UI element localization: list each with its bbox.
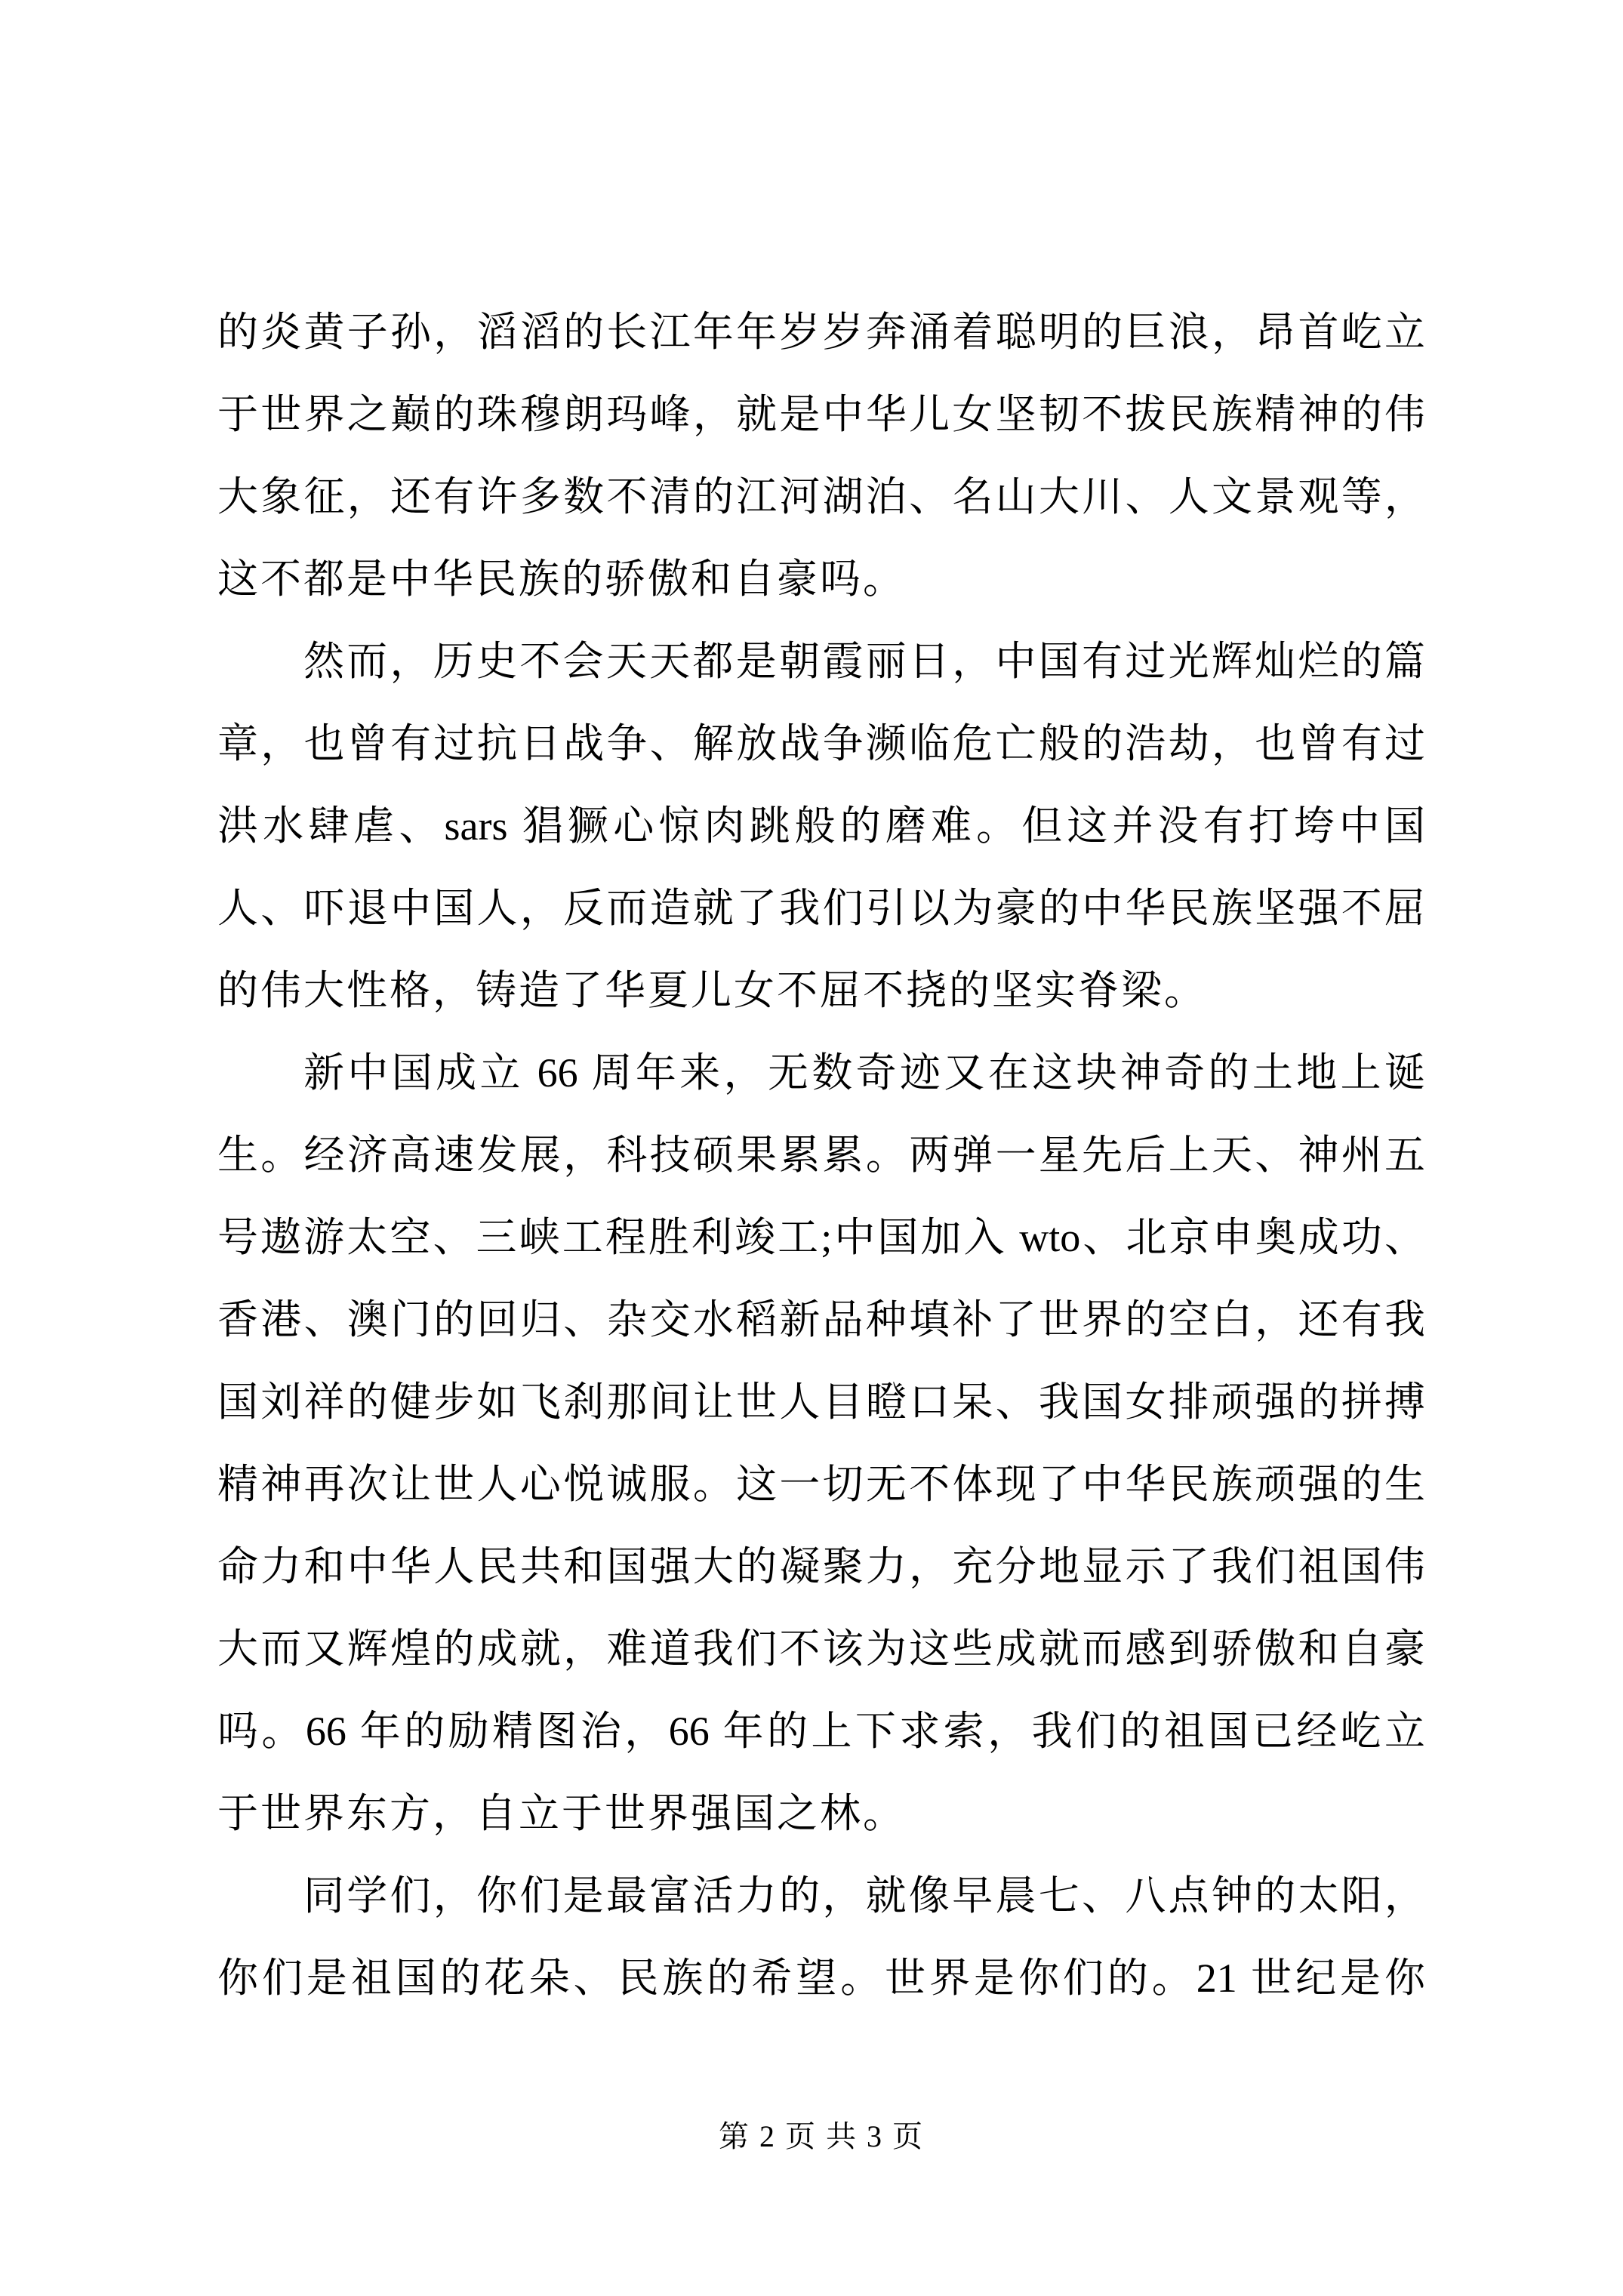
page-number-label: 第 2 页 共 3 页 (719, 2119, 924, 2153)
text-line: 命力和中华人民共和国强大的凝聚力，充分地显示了我们祖国伟 (217, 1526, 1425, 1608)
text-line: 香港、澳门的回归、杂交水稻新品种填补了世界的空白，还有我 (217, 1279, 1425, 1361)
text-line: 于世界之巅的珠穆朗玛峰，就是中华儿女坚韧不拔民族精神的伟 (217, 374, 1425, 456)
text-line: 国刘祥的健步如飞刹那间让世人目瞪口呆、我国女排顽强的拼搏 (217, 1361, 1425, 1444)
text-line: 章，也曾有过抗日战争、解放战争濒临危亡般的浩劫，也曾有过 (217, 703, 1425, 785)
text-line: 的伟大性格，铸造了华夏儿女不屈不挠的坚实脊梁。 (217, 950, 1425, 1032)
text-line: 洪水肆虐、sars 猖獗心惊肉跳般的磨难。但这并没有打垮中国 (217, 785, 1425, 868)
text-line: 这不都是中华民族的骄傲和自豪吗。 (217, 538, 1425, 621)
text-line: 生。经济高速发展，科技硕果累累。两弹一星先后上天、神州五 (217, 1114, 1425, 1197)
page-footer: 第 2 页 共 3 页 (217, 2114, 1425, 2159)
document-page: 的炎黄子孙，滔滔的长江年年岁岁奔涌着聪明的巨浪，昂首屹立 于世界之巅的珠穆朗玛峰… (0, 0, 1623, 2296)
text-line: 大象征，还有许多数不清的江河湖泊、名山大川、人文景观等， (217, 456, 1425, 538)
text-line: 精神再次让世人心悦诚服。这一切无不体现了中华民族顽强的生 (217, 1444, 1425, 1526)
text-line: 号遨游太空、三峡工程胜利竣工;中国加入 wto、北京申奥成功、 (217, 1197, 1425, 1279)
text-line: 吗。66 年的励精图治，66 年的上下求索，我们的祖国已经屹立 (217, 1690, 1425, 1773)
text-line: 于世界东方，自立于世界强国之林。 (217, 1773, 1425, 1855)
text-line: 的炎黄子孙，滔滔的长江年年岁岁奔涌着聪明的巨浪，昂首屹立 (217, 291, 1425, 374)
text-line: 你们是祖国的花朵、民族的希望。世界是你们的。21 世纪是你 (217, 1937, 1425, 2020)
text-line: 人、吓退中国人，反而造就了我们引以为豪的中华民族坚强不屈 (217, 868, 1425, 950)
document-body: 的炎黄子孙，滔滔的长江年年岁岁奔涌着聪明的巨浪，昂首屹立 于世界之巅的珠穆朗玛峰… (217, 291, 1425, 2020)
text-line: 同学们，你们是最富活力的，就像早晨七、八点钟的太阳， (217, 1855, 1425, 1937)
text-line: 大而又辉煌的成就，难道我们不该为这些成就而感到骄傲和自豪 (217, 1608, 1425, 1690)
text-line: 新中国成立 66 周年来，无数奇迹又在这块神奇的土地上诞 (217, 1032, 1425, 1114)
text-line: 然而，历史不会天天都是朝霞丽日，中国有过光辉灿烂的篇 (217, 621, 1425, 703)
